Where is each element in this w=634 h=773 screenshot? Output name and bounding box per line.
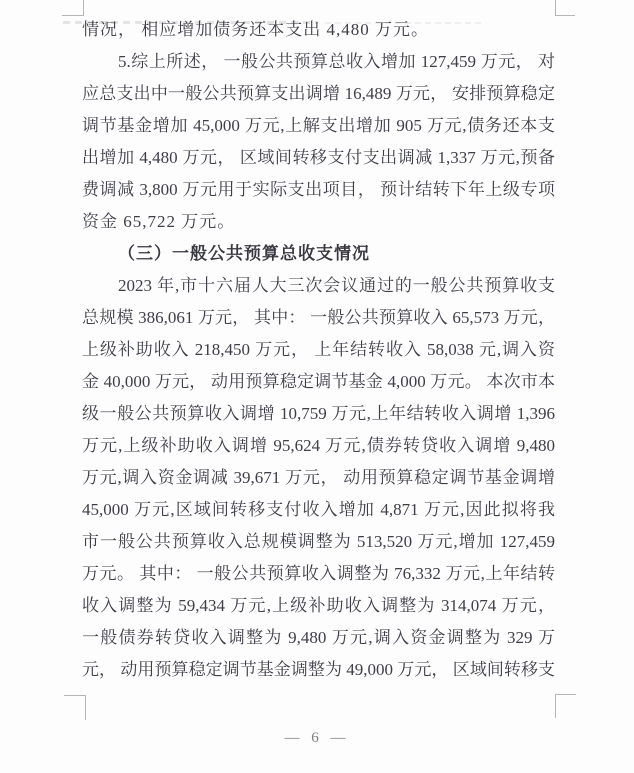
document-page: 情况， 相应增加债务还本支出 4,480 万元。 5.综上所述， 一般公共预算总… — [0, 0, 634, 773]
crop-mark-bottom-left-icon — [64, 695, 86, 720]
text-line: 2023 年,市十六届人大三次会议通过的一般公共预算收支 — [82, 270, 555, 302]
text-line: 万元,调入资金调减 39,671 万元， 动用预算稳定调节基金调增 — [82, 462, 555, 494]
text-line: 资金 65,722 万元。 — [82, 206, 555, 238]
text-line: 收入调整为 59,434 万元,上级补助收入调整为 314,074 万元， — [82, 590, 555, 622]
text-line: 情况， 相应增加债务还本支出 4,480 万元。 — [82, 14, 555, 46]
document-text-area: 情况， 相应增加债务还本支出 4,480 万元。 5.综上所述， 一般公共预算总… — [82, 14, 555, 686]
text-line: 45,000 万元,区域间转移支付收入增加 4,871 万元,因此拟将我 — [82, 494, 555, 526]
text-line: 万元。 其中： 一般公共预算收入调整为 76,332 万元,上年结转 — [82, 558, 555, 590]
text-line: 出增加 4,480 万元， 区域间转移支付支出调减 1,337 万元,预备 — [82, 142, 555, 174]
crop-mark-top-left-icon — [62, 0, 84, 16]
text-line: 一般债券转贷收入调整为 9,480 万元,调入资金调整为 329 万 — [82, 622, 555, 654]
text-line: 应总支出中一般公共预算支出调增 16,489 万元， 安排预算稳定 — [82, 78, 555, 110]
text-line: 金 40,000 万元， 动用预算稳定调节基金 4,000 万元。 本次市本 — [82, 366, 555, 398]
page-number: — 6 — — [0, 730, 634, 747]
text-line: 元， 动用预算稳定调节基金调整为 49,000 万元， 区域间转移支 — [82, 654, 555, 686]
section-heading: （三）一般公共预算总收支情况 — [82, 238, 555, 270]
text-line: 总规模 386,061 万元， 其中： 一般公共预算收入 65,573 万元， — [82, 302, 555, 334]
text-line: 市一般公共预算收入总规模调整为 513,520 万元,增加 127,459 — [82, 526, 555, 558]
text-line: 上级补助收入 218,450 万元， 上年结转收入 58,038 元,调入资 — [82, 334, 555, 366]
text-line: 费调减 3,800 万元用于实际支出项目， 预计结转下年上级专项 — [82, 174, 555, 206]
text-line: 调节基金增加 45,000 万元,上解支出增加 905 万元,债务还本支 — [82, 110, 555, 142]
text-line: 万元,上级补助收入调增 95,624 万元,债券转贷收入调增 9,480 — [82, 430, 555, 462]
crop-mark-top-right-icon — [555, 0, 575, 16]
text-line: 级一般公共预算收入调增 10,759 万元,上年结转收入调增 1,396 — [82, 398, 555, 430]
crop-mark-bottom-right-icon — [555, 694, 576, 718]
text-line: 5.综上所述， 一般公共预算总收入增加 127,459 万元， 对 — [82, 46, 555, 78]
